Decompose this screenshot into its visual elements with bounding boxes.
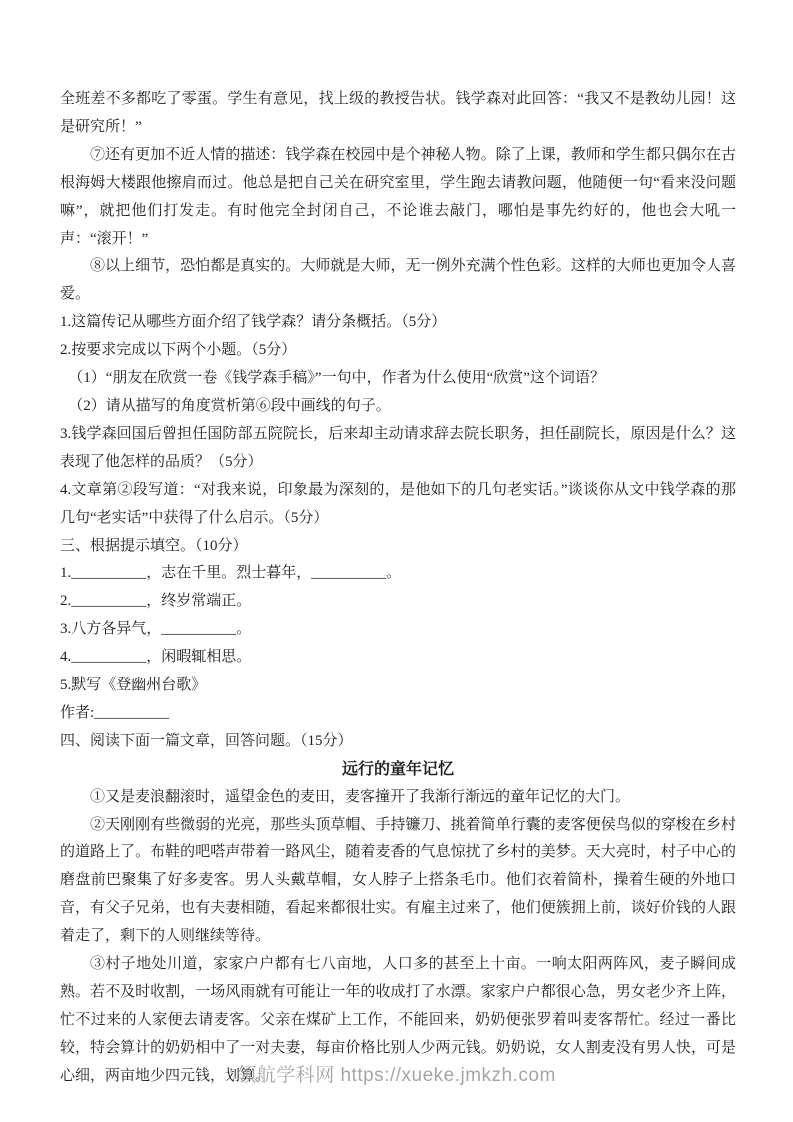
section4-article-title: 远行的童年记忆: [60, 756, 736, 784]
section4-article-paragraph-1: ①又是麦浪翻滚时，遥望金色的麦田，麦客撞开了我渐行渐远的童年记忆的大门。: [60, 784, 736, 812]
reading1-paragraph-8: ⑧以上细节，恐怕都是真实的。大师就是大师，无一例外充满个性色彩。这样的大师也更加…: [60, 253, 736, 309]
section3-blank-item-3: 3.八方各异气，__________。: [60, 616, 736, 644]
exam-content: 全班差不多都吃了零蛋。学生有意见，找上级的教授告状。钱学森对此回答：“我又不是教…: [60, 86, 736, 1091]
reading1-question-2-sub2: （2）请从描写的角度赏析第⑥段中画线的句子。: [60, 393, 736, 421]
section3-blank-item-5: 5.默写《登幽州台歌》: [60, 672, 736, 700]
section3-blank-item-4: 4.__________，闲暇辄相思。: [60, 644, 736, 672]
section3-blank-item-1: 1.__________，志在千里。烈士暮年，__________。: [60, 560, 736, 588]
section3-heading: 三、根据提示填空。（10分）: [60, 533, 736, 561]
exam-document-page: 全班差不多都吃了零蛋。学生有意见，找上级的教授告状。钱学森对此回答：“我又不是教…: [0, 0, 793, 1122]
reading1-question-2-sub1: （1）“朋友在欣赏一卷《钱学森手稿》”一句中，作者为什么使用“欣赏”这个词语？: [60, 365, 736, 393]
reading1-question-2: 2.按要求完成以下两个小题。（5分）: [60, 337, 736, 365]
reading1-question-3: 3.钱学森回国后曾担任国防部五院院长，后来却主动请求辞去院长职务，担任副院长，原…: [60, 421, 736, 477]
section4-article-paragraph-2: ②天刚刚有些微弱的光亮，那些头顶草帽、手持镰刀、挑着简单行囊的麦客便侯鸟似的穿梭…: [60, 812, 736, 952]
page-footer: 领航学科网 https://xueke.jmkzh.com: [0, 1060, 793, 1087]
reading1-question-4: 4.文章第②段写道：“对我来说，印象最为深刻的，是他如下的几句老实话。”谈谈你从…: [60, 477, 736, 533]
watermark-text: 领航学科网 https://xueke.jmkzh.com: [237, 1065, 556, 1086]
section4-heading: 四、阅读下面一篇文章，回答问题。（15分）: [60, 728, 736, 756]
reading1-paragraph-7: ⑦还有更加不近人情的描述：钱学森在校园中是个神秘人物。除了上课，教师和学生都只偶…: [60, 142, 736, 254]
reading1-paragraph-continuation: 全班差不多都吃了零蛋。学生有意见，找上级的教授告状。钱学森对此回答：“我又不是教…: [60, 86, 736, 142]
section3-author-blank-line: 作者:__________: [60, 700, 736, 728]
section3-blank-item-2: 2.__________，终岁常端正。: [60, 588, 736, 616]
reading1-question-1: 1.这篇传记从哪些方面介绍了钱学森？请分条概括。（5分）: [60, 309, 736, 337]
